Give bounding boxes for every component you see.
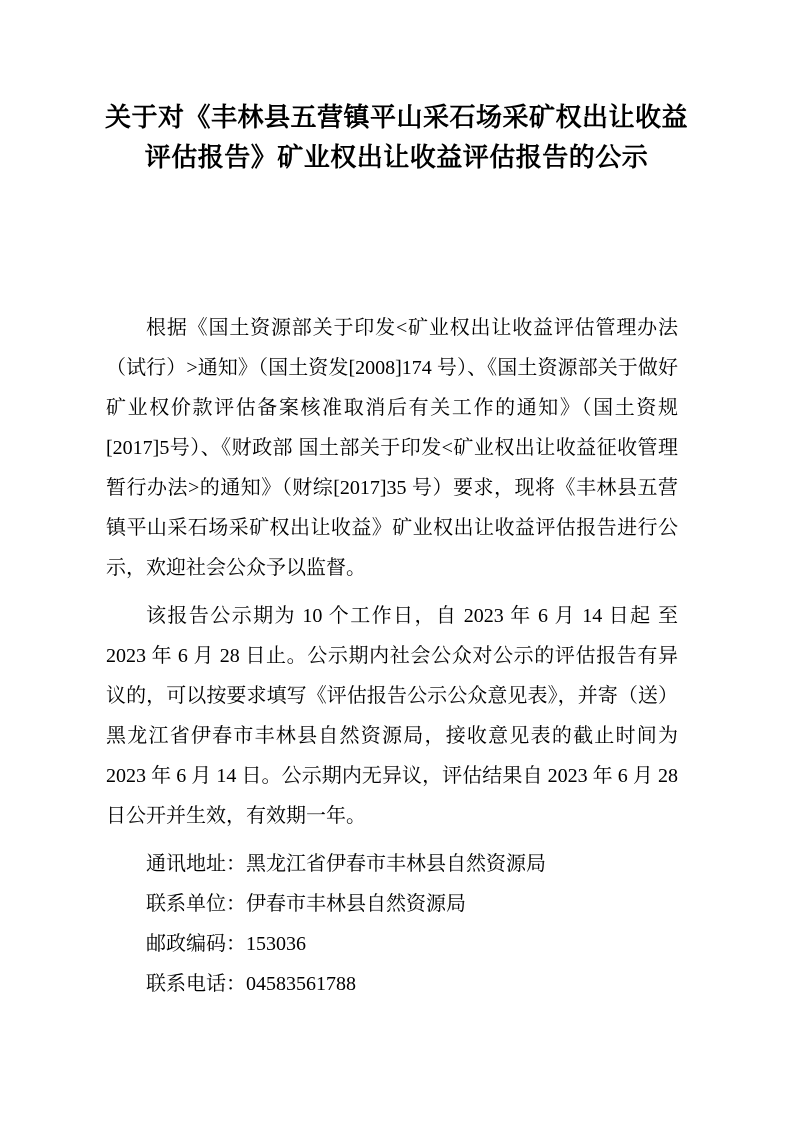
paragraph-publicity-period: 该报告公示期为 10 个工作日，自 2023 年 6 月 14 日起 至 202… bbox=[106, 596, 678, 836]
document-page: 关于对《丰林县五营镇平山采石场采矿权出让收益 评估报告》矿业权出让收益评估报告的… bbox=[0, 0, 793, 1122]
document-title-line1: 关于对《丰林县五营镇平山采石场采矿权出让收益 bbox=[0, 97, 793, 137]
contact-phone-line: 联系电话：04583561788 bbox=[106, 964, 678, 1004]
contact-unit-line: 联系单位：伊春市丰林县自然资源局 bbox=[106, 884, 678, 924]
document-title-line2: 评估报告》矿业权出让收益评估报告的公示 bbox=[0, 137, 793, 177]
contact-address-line: 通讯地址：黑龙江省伊春市丰林县自然资源局 bbox=[106, 844, 678, 884]
document-title: 关于对《丰林县五营镇平山采石场采矿权出让收益 评估报告》矿业权出让收益评估报告的… bbox=[0, 0, 793, 177]
contact-info: 通讯地址：黑龙江省伊春市丰林县自然资源局 联系单位：伊春市丰林县自然资源局 邮政… bbox=[106, 844, 678, 1004]
paragraph-legal-basis: 根据《国土资源部关于印发<矿业权出让收益评估管理办法（试行）>通知》（国土资发[… bbox=[106, 308, 678, 588]
contact-postal-code-line: 邮政编码：153036 bbox=[106, 924, 678, 964]
document-body: 根据《国土资源部关于印发<矿业权出让收益评估管理办法（试行）>通知》（国土资发[… bbox=[106, 308, 678, 1004]
